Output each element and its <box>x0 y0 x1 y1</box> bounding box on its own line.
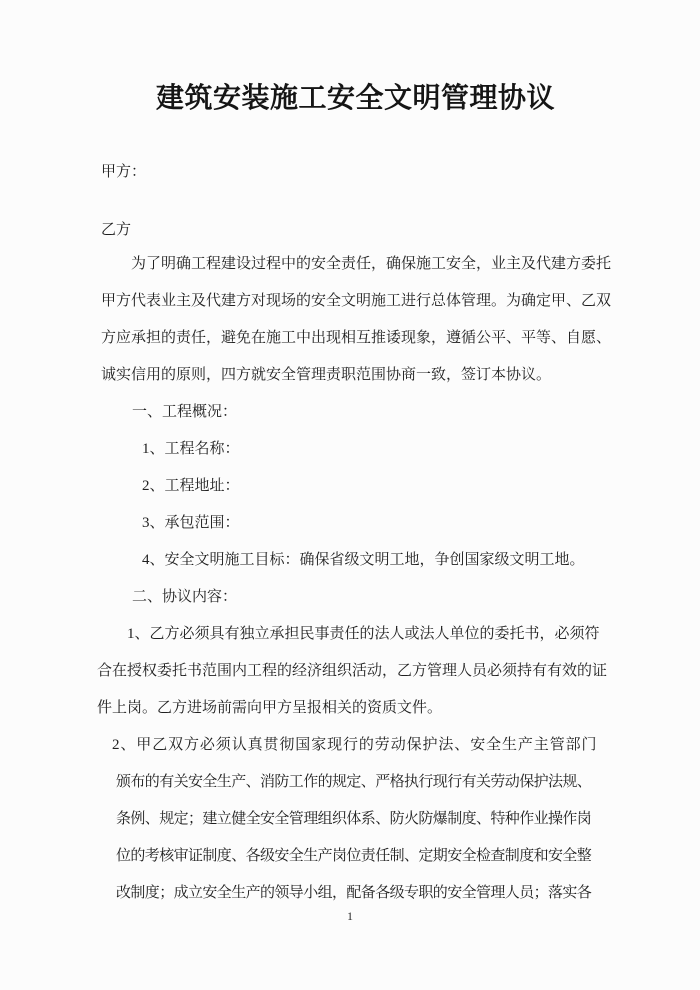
text-line: 为了明确工程建设过程中的安全责任，确保施工安全，业主及代建方委托 <box>131 246 700 283</box>
text-line: 2、甲乙双方必须认真贯彻国家现行的劳动保护法、安全生产主管部门 <box>112 727 700 764</box>
page-number: 1 <box>0 906 700 926</box>
document-body: 为了明确工程建设过程中的安全责任，确保施工安全，业主及代建方委托甲方代表业主及代… <box>0 246 700 912</box>
text-line: 件上岗。乙方进场前需向甲方呈报相关的资质文件。 <box>97 690 700 727</box>
text-line: 合在授权委托书范围内工程的经济组织活动，乙方管理人员必须持有有效的证 <box>97 653 700 690</box>
text-line: 颁布的有关安全生产、消防工作的规定、严格执行现行有关劳动保护法规、 <box>116 764 700 801</box>
text-line: 2、工程地址： <box>142 468 700 505</box>
text-line: 条例、规定；建立健全安全管理组织体系、防火防爆制度、特种作业操作岗 <box>116 801 700 838</box>
text-line: 3、承包范围： <box>142 505 700 542</box>
party-a-label: 甲方： <box>101 154 146 191</box>
text-line: 位的考核审证制度、各级安全生产岗位责任制、定期安全检查制度和安全整 <box>116 838 700 875</box>
text-line: 甲方代表业主及代建方对现场的安全文明施工进行总体管理。为确定甲、乙双 <box>101 283 700 320</box>
text-line: 诚实信用的原则，四方就安全管理责职范围协商一致，签订本协议。 <box>101 357 700 394</box>
text-line: 1、乙方必须具有独立承担民事责任的法人或法人单位的委托书，必须符 <box>127 616 700 653</box>
document-page: 建筑安装施工安全文明管理协议 甲方： 乙方 为了明确工程建设过程中的安全责任，确… <box>0 0 700 990</box>
text-line: 一、工程概况： <box>132 394 700 431</box>
party-b-label: 乙方 <box>101 212 131 249</box>
document-title: 建筑安装施工安全文明管理协议 <box>101 80 610 118</box>
text-line: 4、安全文明施工目标：确保省级文明工地，争创国家级文明工地。 <box>142 542 700 579</box>
text-line: 1、工程名称： <box>142 431 700 468</box>
text-line: 方应承担的责任，避免在施工中出现相互推诿现象，遵循公平、平等、自愿、 <box>101 320 700 357</box>
text-line: 二、协议内容： <box>132 579 700 616</box>
